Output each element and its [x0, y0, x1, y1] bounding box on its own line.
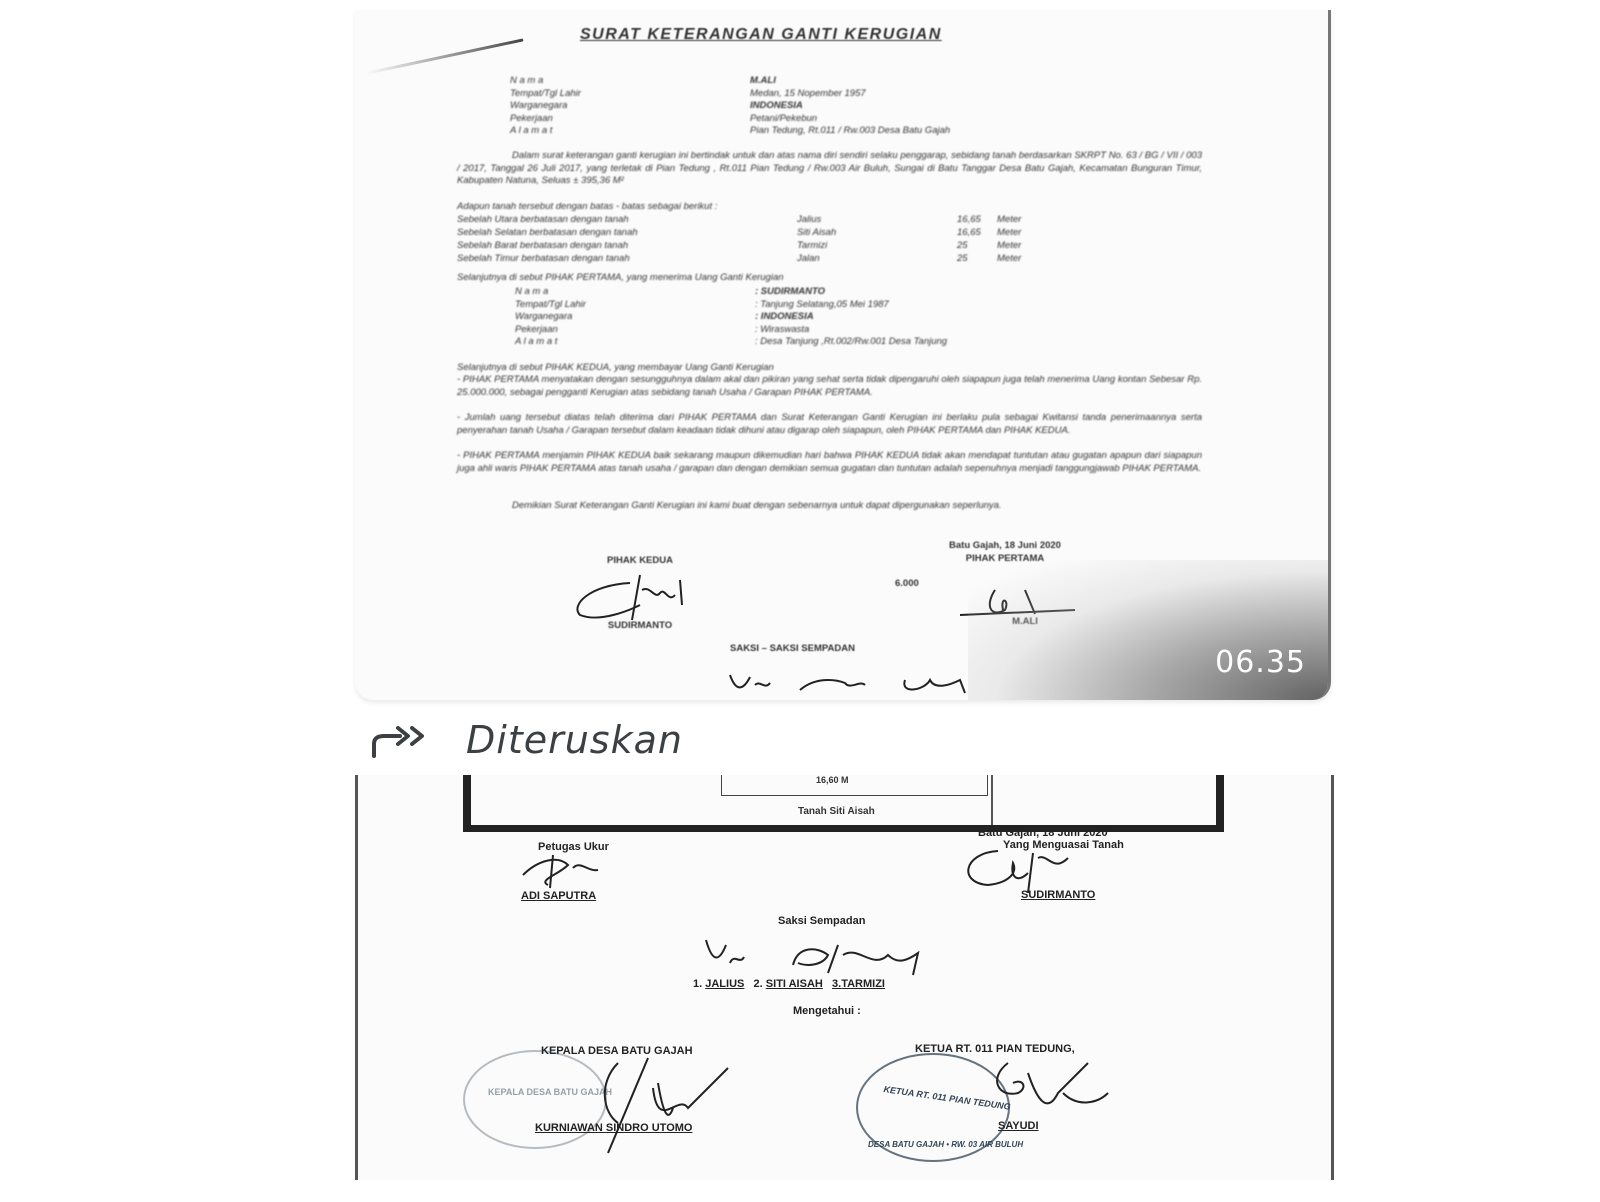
forwarded-image-page-1[interactable]: SURAT KETERANGAN GANTI KERUGIAN N a m aM…	[355, 10, 1331, 700]
scan-streak	[366, 38, 523, 74]
village-head-name: KURNIAWAN SINDRO UTOMO	[535, 1122, 692, 1134]
closing-paragraph: Demikian Surat Keterangan Ganti Kerugian…	[457, 500, 1202, 513]
witness-heading: Saksi Sempadan	[778, 915, 865, 927]
place-date: Batu Gajah, 18 Juni 2020	[978, 827, 1108, 839]
signature-surveyor	[518, 850, 628, 890]
forwarded-indicator: Diteruskan	[370, 718, 683, 762]
first-party-intro: Selanjutnya di sebut PIHAK PERTAMA, yang…	[457, 272, 1202, 285]
clause-1: - PIHAK PERTAMA menyatakan dengan sesung…	[457, 374, 1202, 399]
witness-name: SITI AISAH	[766, 978, 823, 990]
bounds-row: Sebelah Timur berbatasan dengan tanahJal…	[457, 252, 1021, 265]
witness-list: 1. JALIUS 2. SITI AISAH 3.TARMIZI	[693, 978, 885, 990]
bounds-intro: Adapun tanah tersebut dengan batas - bat…	[457, 201, 1202, 214]
stamp-note: 6.000	[895, 578, 919, 589]
plot-dimension: 16,60 M	[816, 775, 849, 785]
land-boundary-line	[991, 775, 993, 825]
forwarded-label: Diteruskan	[466, 718, 683, 762]
document-title: SURAT KETERANGAN GANTI KERUGIAN	[580, 26, 942, 44]
witness-signatures	[698, 935, 988, 980]
village-stamp	[463, 1050, 607, 1149]
witness-name: JALIUS	[705, 978, 744, 990]
second-party-intro: Selanjutnya di sebut PIHAK KEDUA, yang m…	[457, 362, 1202, 375]
rt-stamp-ring: DESA BATU GAJAH • RW. 03 AIR BULUH	[868, 1140, 1023, 1149]
land-plot-outline	[721, 775, 988, 796]
clause-3: - PIHAK PERTAMA menjamin PIHAK KEDUA bai…	[457, 450, 1202, 475]
signature-sudirmanto	[570, 565, 710, 625]
first-party-details: N a m aM.ALI Tempat/Tgl LahirMedan, 15 N…	[510, 75, 950, 138]
bounds-row: Sebelah Barat berbatasan dengan tanahTar…	[457, 239, 1021, 252]
forwarded-image-page-2[interactable]: 16,60 M Tanah Siti Aisah Batu Gajah, 18 …	[355, 775, 1334, 1180]
bounds-row: Sebelah Utara berbatasan dengan tanahJal…	[457, 213, 1021, 226]
signature-village-head	[588, 1053, 738, 1163]
witness-name: TARMIZI	[841, 978, 885, 990]
clause-2: - Jumlah uang tersebut diatas telah dite…	[457, 412, 1202, 437]
message-timestamp: 06.35	[1215, 645, 1306, 680]
owner-name: SUDIRMANTO	[1021, 889, 1095, 901]
acknowledged-label: Mengetahui :	[793, 1005, 861, 1017]
neighbor-label: Tanah Siti Aisah	[798, 806, 875, 817]
rt-head-name: SAYUDI	[998, 1120, 1039, 1132]
surveyor-name: ADI SAPUTRA	[521, 890, 596, 902]
bounds-row: Sebelah Selatan berbatasan dengan tanahS…	[457, 226, 1021, 239]
witness-heading: SAKSI – SAKSI SEMPADAN	[730, 643, 855, 654]
intro-paragraph: Dalam surat keterangan ganti kerugian in…	[457, 150, 1202, 188]
forward-icon	[370, 720, 430, 760]
bounds-table: Sebelah Utara berbatasan dengan tanahJal…	[457, 213, 1021, 265]
second-party-details: N a m a: SUDIRMANTO Tempat/Tgl Lahir: Ta…	[515, 286, 947, 349]
place-date: Batu Gajah, 18 Juni 2020	[915, 540, 1095, 551]
